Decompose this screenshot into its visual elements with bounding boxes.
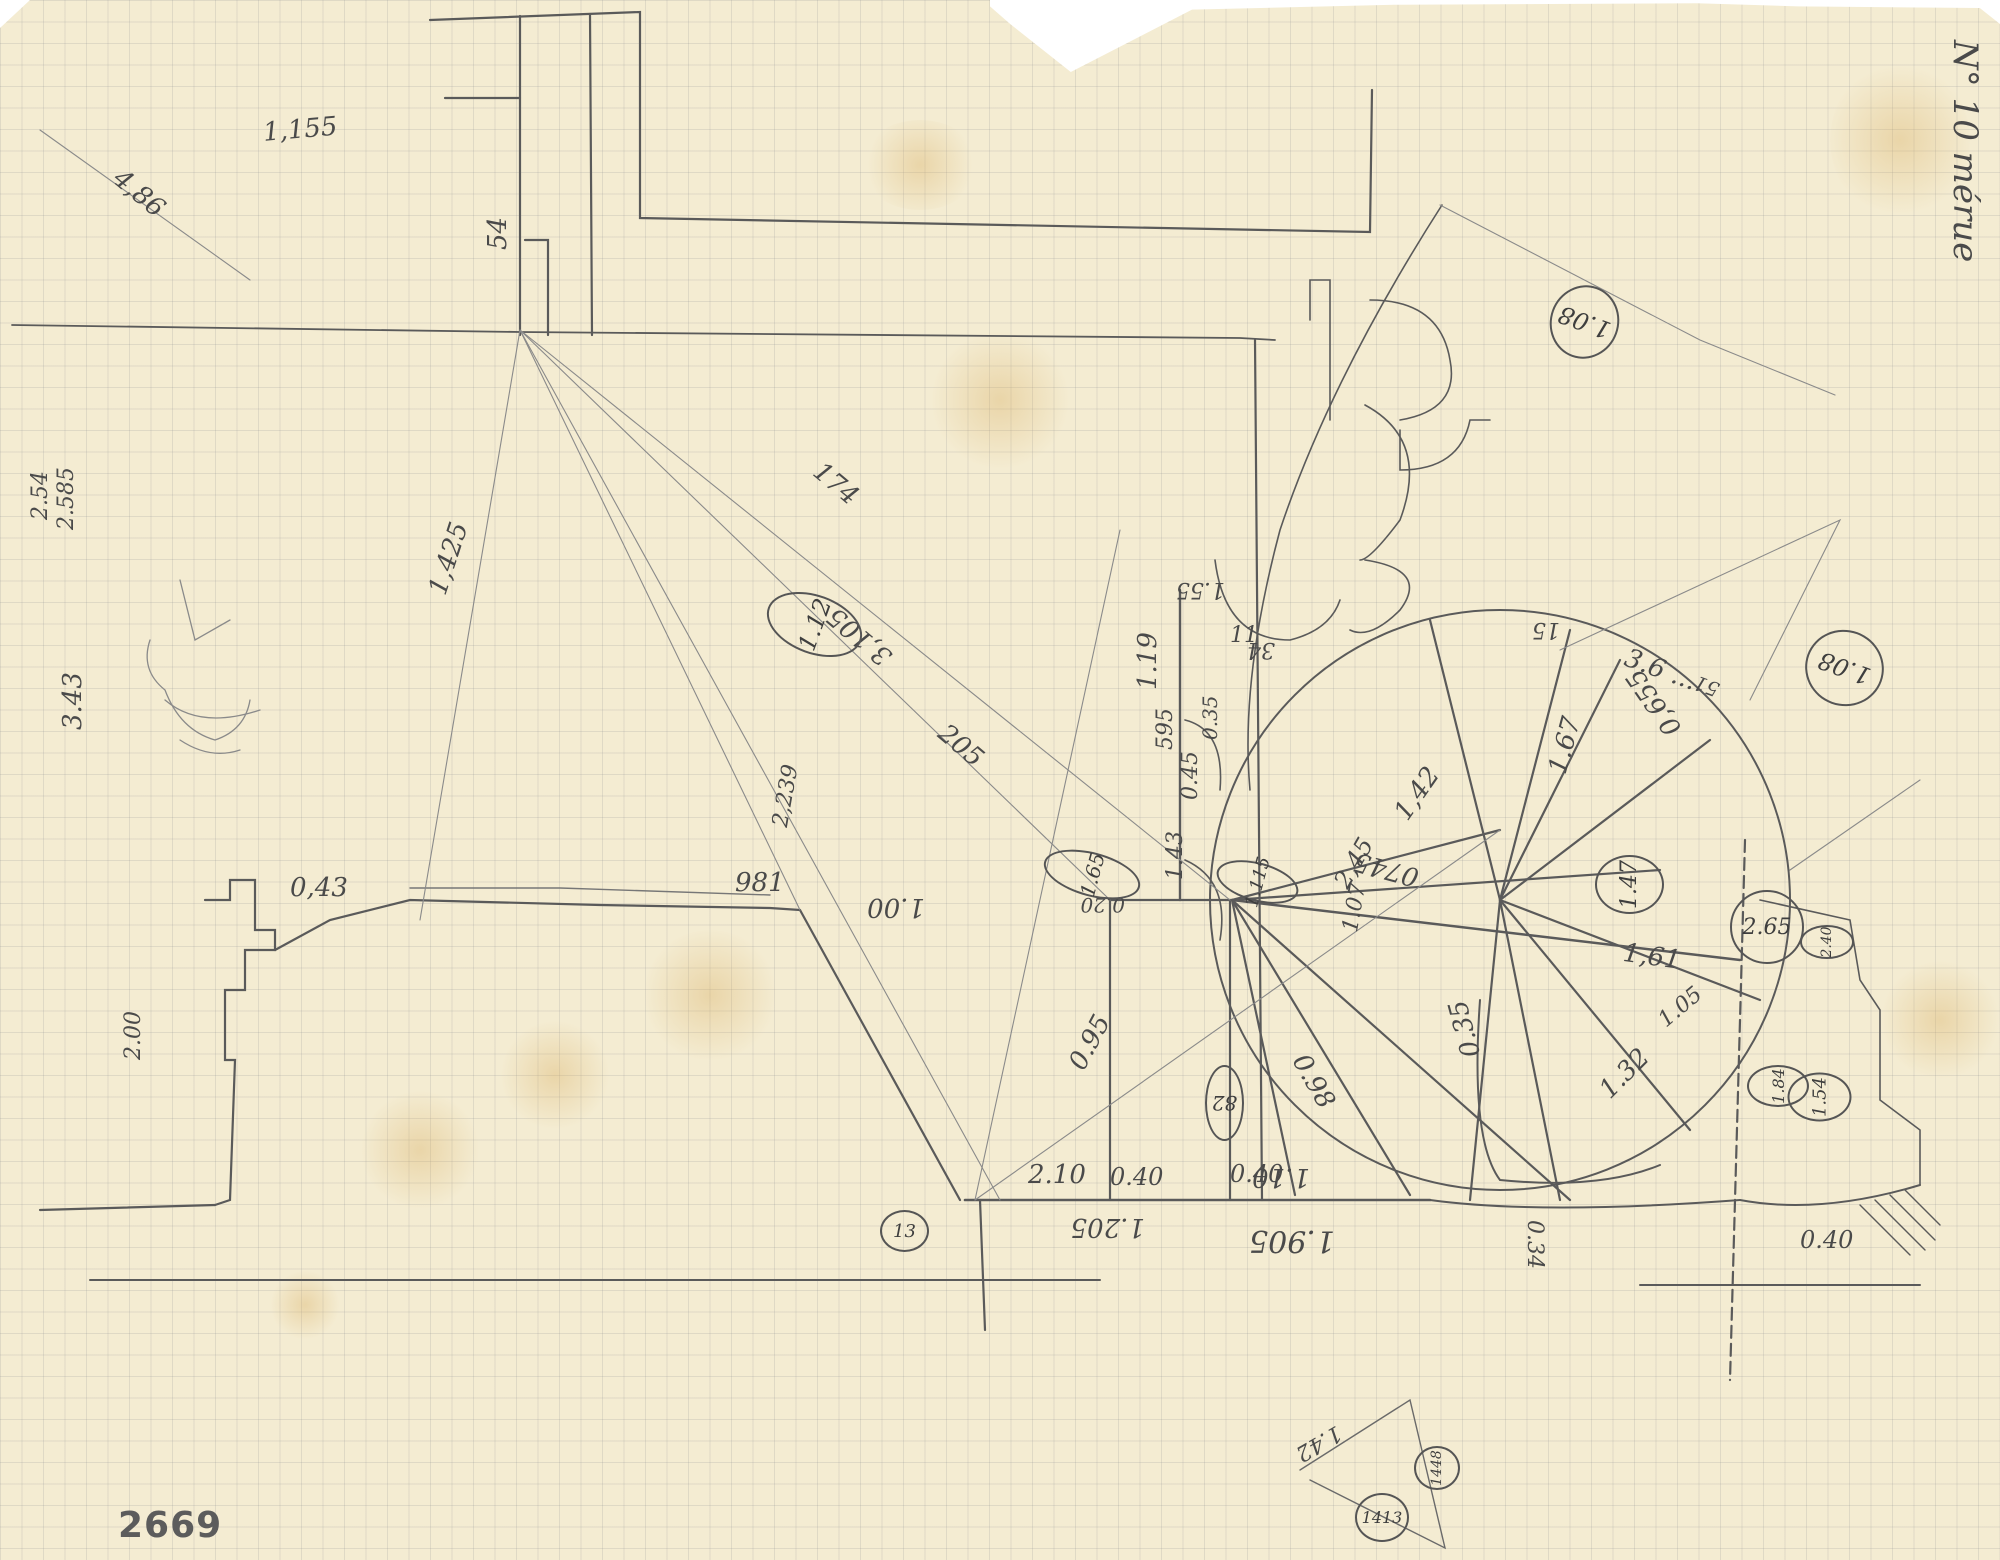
circled-value: 1448: [1414, 1446, 1460, 1490]
dimension-label: 1.19: [1135, 632, 1161, 690]
dimension-label: 0.40: [1230, 1162, 1283, 1186]
dimension-label: 0.34: [1523, 1220, 1545, 1269]
circled-value: 2.65: [1730, 890, 1804, 964]
dimension-label: 2.585: [56, 467, 78, 530]
circled-value: 1413: [1355, 1493, 1409, 1542]
circled-value: 1.47: [1595, 855, 1664, 914]
dimension-label: 1,155: [262, 114, 338, 146]
dimension-label: 0.40: [1110, 1165, 1163, 1189]
catalog-number: 2669: [118, 1505, 222, 1546]
dimension-label: 0.35: [1200, 695, 1220, 740]
dimension-label: 1.00: [867, 894, 925, 920]
dimension-label: 54: [485, 217, 511, 250]
dimension-label: 3.43: [60, 672, 86, 730]
dimension-label: 2.54: [30, 471, 52, 520]
dimension-label: 0.40: [1800, 1228, 1853, 1252]
dimension-label: 1,61: [1621, 940, 1682, 974]
circled-value: 13: [880, 1210, 929, 1252]
dimension-label: 1.55: [1176, 578, 1225, 600]
dimension-label: 15: [1532, 618, 1560, 640]
dimension-label: 1.205: [1071, 1214, 1145, 1240]
sketch-drawing: [0, 0, 2000, 1560]
sketch-sheet: N° 10 mérue 2669 1,155 4,86 54 2.54 2.58…: [0, 0, 2000, 1560]
dimension-label: 2.00: [123, 1011, 145, 1060]
circled-value: 2.40: [1800, 925, 1854, 959]
circled-value: 1.54: [1788, 1073, 1852, 1122]
dimension-label: 34: [1247, 638, 1275, 660]
dimension-label: 595: [1155, 708, 1177, 750]
dimension-label: 2.10: [1028, 1162, 1086, 1188]
dimension-label: 1.905: [1249, 1225, 1335, 1255]
dimension-label: 981: [735, 870, 785, 896]
dimension-label: 1.43: [1165, 831, 1187, 880]
dimension-label: 0,43: [290, 875, 348, 901]
sheet-title-note: N° 10 mérue: [1945, 40, 1985, 262]
circled-value: 82: [1205, 1065, 1244, 1141]
dimension-label: 0.45: [1180, 751, 1202, 800]
